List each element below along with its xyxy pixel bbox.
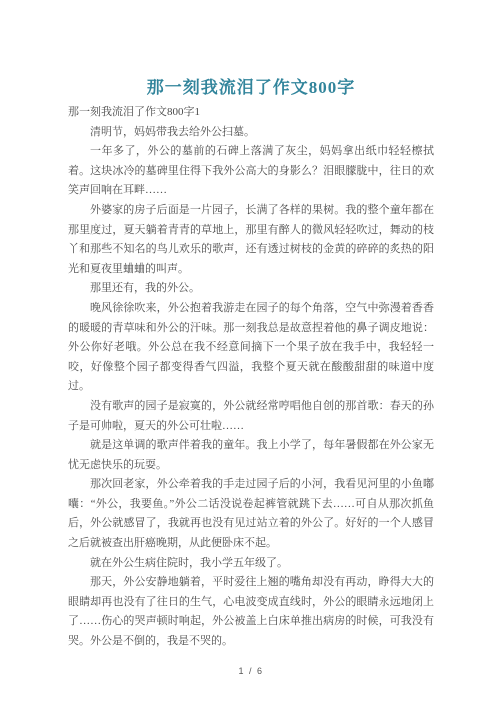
essay-paragraph: 没有歌声的园子是寂寞的，外公就经常哼唱他自创的那首歌：春天的孙子是可帅啦，夏天的…: [68, 397, 434, 436]
essay-paragraph: 就是这单调的歌声伴着我的童年。我上小学了，每年暑假都在外公家无忧无虑快乐的玩耍。: [68, 436, 434, 475]
essay-paragraph: 就在外公生病住院时，我小学五年级了。: [68, 554, 434, 574]
essay-paragraph: 那里还有，我的外公。: [68, 279, 434, 299]
page-number: 1 / 6: [68, 666, 434, 676]
document-page: 那一刻我流泪了作文800字 那一刻我流泪了作文800字1 清明节，妈妈带我去给外…: [0, 0, 500, 707]
essay-title: 那一刻我流泪了作文800字: [68, 0, 434, 100]
essay-paragraph: 清明节，妈妈带我去给外公扫墓。: [68, 123, 434, 143]
essay-paragraph: 外婆家的房子后面是一片园子，长满了各样的果树。我的整个童年都在那里度过，夏天躺着…: [68, 201, 434, 279]
essay-paragraph: 那次回老家，外公牵着我的手走过园子后的小河，我看见河里的小鱼嘟囔：“外公，我要鱼…: [68, 475, 434, 553]
essay-paragraph: 那一刻我流泪了作文800字1: [68, 103, 434, 123]
essay-paragraph: 那天，外公安静地躺着，平时爱往上翘的嘴角却没有再动，睁得大大的眼睛却再也没有了往…: [68, 573, 434, 651]
essay-body: 那一刻我流泪了作文800字1 清明节，妈妈带我去给外公扫墓。 一年多了，外公的墓…: [68, 103, 434, 652]
document-content: 那一刻我流泪了作文800字 那一刻我流泪了作文800字1 清明节，妈妈带我去给外…: [68, 0, 434, 676]
essay-paragraph: 一年多了，外公的墓前的石碑上落满了灰尘，妈妈拿出纸巾轻轻檫拭着。这块冰冷的墓碑里…: [68, 142, 434, 201]
essay-paragraph: 晚风徐徐吹来，外公抱着我游走在园子的每个角落，空气中弥漫着香香的暖暖的青草味和外…: [68, 299, 434, 397]
